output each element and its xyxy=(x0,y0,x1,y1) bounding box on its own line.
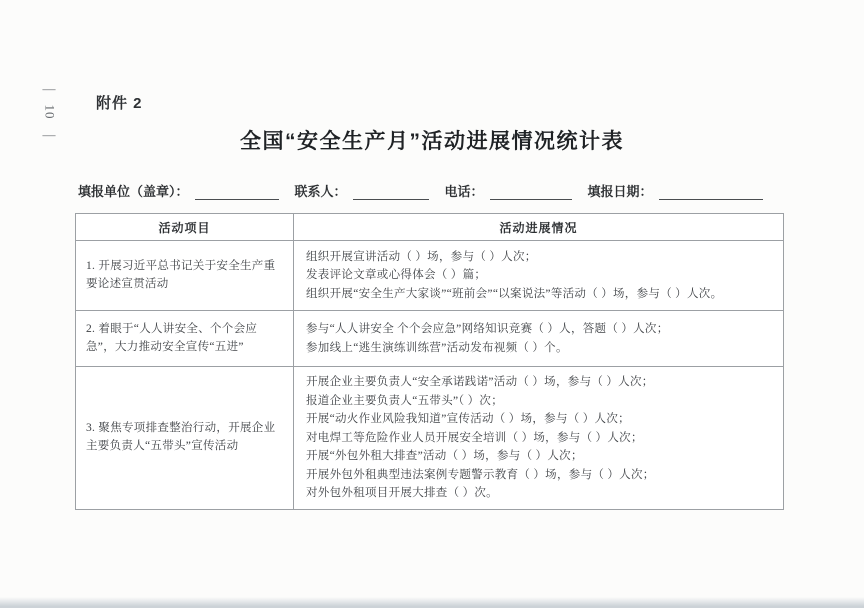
table-row: 1. 开展习近平总书记关于安全生产重要论述宣贯活动 组织开展宣讲活动（ ）场，参… xyxy=(76,241,784,311)
activity-item-2: 2. 着眼于“人人讲安全、个个会应急”，大力推动安全宣传“五进” xyxy=(76,311,294,367)
activity-progress-1: 组织开展宣讲活动（ ）场，参与（ ）人次； 发表评论文章或心得体会（ ）篇； 组… xyxy=(294,241,784,311)
progress-line: 组织开展“安全生产大家谈”“班前会”“以案说法”等活动（ ）场，参与（ ）人次。 xyxy=(306,285,771,304)
table-header-row: 活动项目 活动进展情况 xyxy=(76,214,784,241)
report-date-blank xyxy=(659,185,763,200)
progress-statistics-table: 活动项目 活动进展情况 1. 开展习近平总书记关于安全生产重要论述宣贯活动 组织… xyxy=(75,213,784,510)
progress-line: 报道企业主要负责人“五带头”（ ）次； xyxy=(306,392,771,411)
scanned-document-page: { "page": { "marker_dash": "—", "page_nu… xyxy=(0,0,864,608)
progress-line: 对外包外租项目开展大排查（ ）次。 xyxy=(306,484,771,503)
progress-line: 参与“人人讲安全 个个会应急”网络知识竞赛（ ）人，答题（ ）人次； xyxy=(306,320,771,339)
contact-person-blank xyxy=(353,185,429,200)
progress-line: 对电焊工等危险作业人员开展安全培训（ ）场，参与（ ）人次； xyxy=(306,429,771,448)
attachment-label: 附件 2 xyxy=(96,92,143,113)
progress-line: 开展企业主要负责人“安全承诺践诺”活动（ ）场，参与（ ）人次； xyxy=(306,373,771,392)
progress-line: 参加线上“逃生演练训练营”活动发布视频（ ）个。 xyxy=(306,339,771,358)
activity-item-3: 3. 聚焦专项排查整治行动，开展企业主要负责人“五带头”宣传活动 xyxy=(76,367,294,510)
table-row: 2. 着眼于“人人讲安全、个个会应急”，大力推动安全宣传“五进” 参与“人人讲安… xyxy=(76,311,784,367)
reporting-unit-label: 填报单位（盖章）： xyxy=(78,181,189,200)
reporting-unit-blank xyxy=(195,185,279,200)
scan-bottom-edge xyxy=(0,597,864,608)
table-row: 3. 聚焦专项排查整治行动，开展企业主要负责人“五带头”宣传活动 开展企业主要负… xyxy=(76,367,784,510)
page-number: 10 xyxy=(41,105,57,120)
page-number-dash-top: — xyxy=(43,86,56,92)
report-date-label: 填报日期： xyxy=(588,181,653,200)
column-header-activity-progress: 活动进展情况 xyxy=(294,214,784,241)
activity-item-1: 1. 开展习近平总书记关于安全生产重要论述宣贯活动 xyxy=(76,241,294,311)
form-info-line: 填报单位（盖章）： 联系人： 电话： 填报日期： xyxy=(78,181,794,200)
column-header-activity-item: 活动项目 xyxy=(76,214,294,241)
phone-label: 电话： xyxy=(445,181,484,200)
activity-progress-2: 参与“人人讲安全 个个会应急”网络知识竞赛（ ）人，答题（ ）人次； 参加线上“… xyxy=(294,311,784,367)
progress-line: 开展外包外租典型违法案例专题警示教育（ ）场，参与（ ）人次； xyxy=(306,466,771,485)
progress-line: 开展“动火作业风险我知道”宣传活动（ ）场，参与（ ）人次； xyxy=(306,410,771,429)
contact-person-label: 联系人： xyxy=(295,181,347,200)
progress-line: 发表评论文章或心得体会（ ）篇； xyxy=(306,266,771,285)
activity-progress-3: 开展企业主要负责人“安全承诺践诺”活动（ ）场，参与（ ）人次； 报道企业主要负… xyxy=(294,367,784,510)
progress-line: 开展“外包外租大排查”活动（ ）场，参与（ ）人次； xyxy=(306,447,771,466)
document-title: 全国“安全生产月”活动进展情况统计表 xyxy=(0,125,864,155)
progress-line: 组织开展宣讲活动（ ）场，参与（ ）人次； xyxy=(306,248,771,267)
phone-blank xyxy=(490,185,572,200)
